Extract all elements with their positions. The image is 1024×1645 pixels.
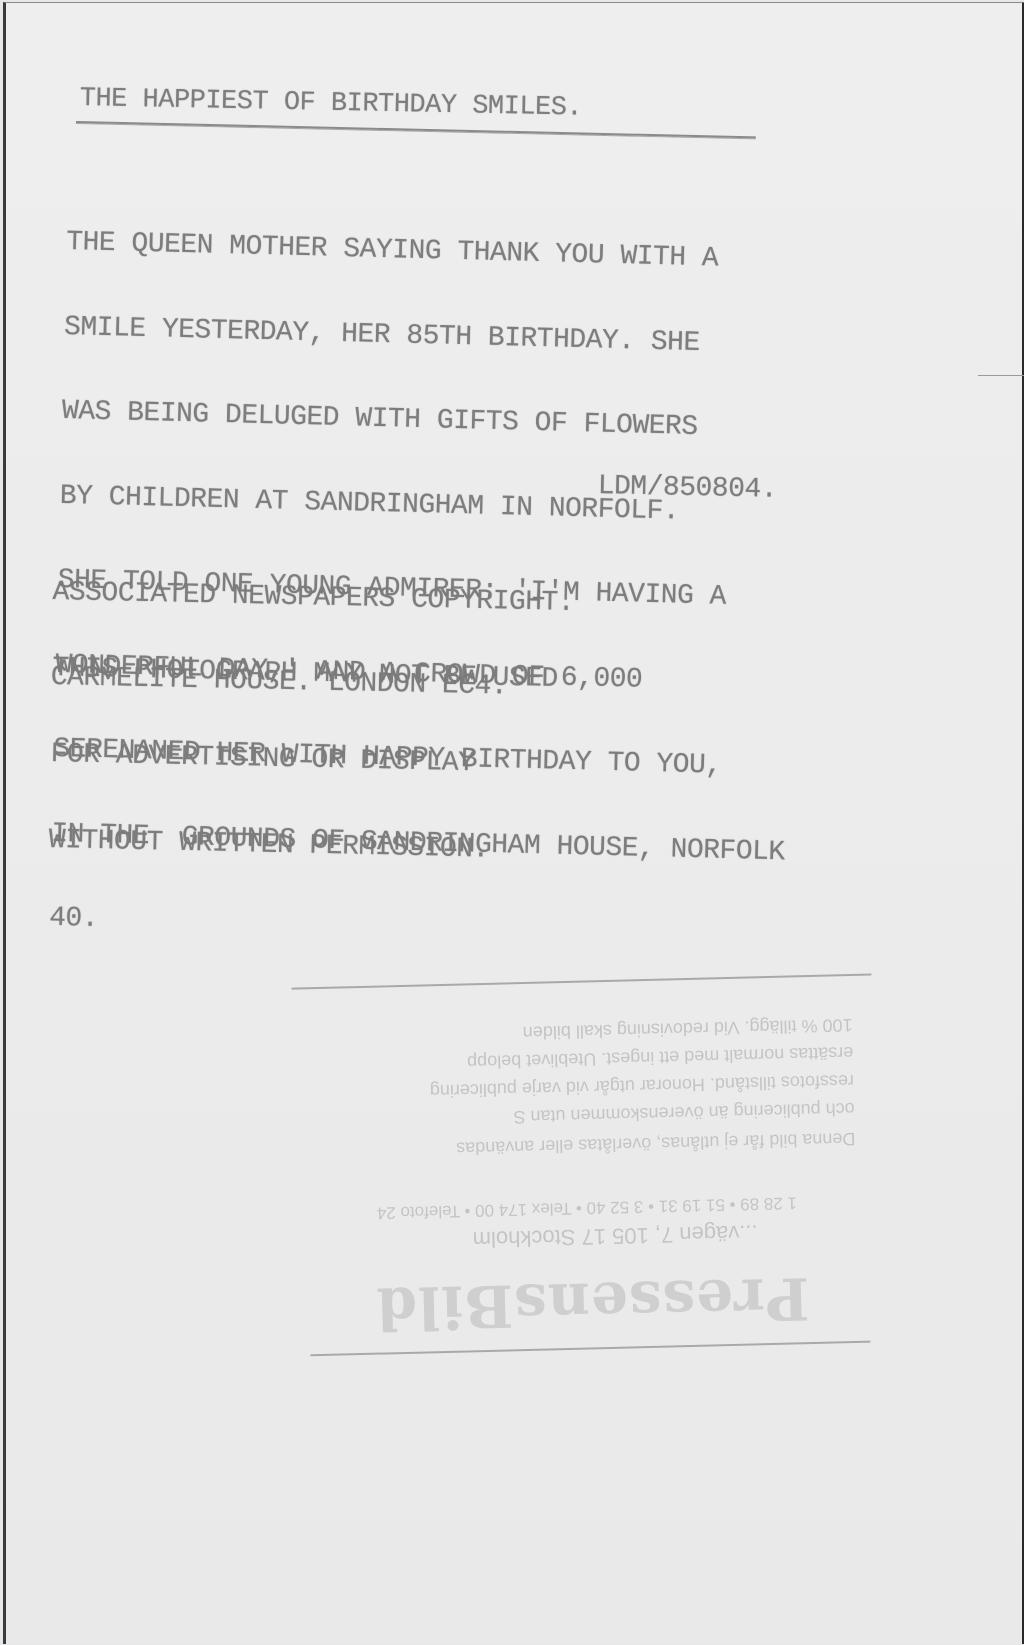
mirrored-stamp: PressensBild ...vägen 7, 105 17 Stockhol… [251, 950, 881, 1385]
caption-line: THE QUEEN MOTHER SAYING THANK YOU WITH A [66, 229, 800, 276]
stamp-text-line: ersättas normalt med ett ingest. Utebliv… [467, 1042, 854, 1072]
caption-title: THE HAPPIEST OF BIRTHDAY SMILES. [79, 85, 582, 123]
restriction-line: WITHOUT WRITTEN PERMISSION. [48, 827, 554, 868]
photo-back-paper: THE HAPPIEST OF BIRTHDAY SMILES. THE QUE… [3, 2, 1024, 1644]
caption-line: SMILE YESTERDAY, HER 85TH BIRTHDAY. SHE [64, 313, 798, 360]
usage-restriction: THIS PHOTOGRAPH MAY NOT BE USED FOR ADVE… [47, 599, 559, 924]
stamp-rule-bottom [292, 973, 872, 989]
stamp-address: ...vägen 7, 105 17 Stockholm [472, 1219, 758, 1252]
stamp-phones: 1 28 89 • 51 19 31 • 3 52 40 • Telex 174… [377, 1192, 798, 1222]
stamp-text-line: 100 % tillägg. Vid redovisning skall bil… [523, 1014, 853, 1043]
stamp-text-line: Denna bild får ej utlånas, överlåtas ell… [456, 1128, 856, 1159]
caption-line: WAS BEING DELUGED WITH GIFTS OF FLOWERS [62, 398, 796, 445]
restriction-line: FOR ADVERTISING OR DISPLAY [50, 741, 556, 782]
stamp-text-line: och publicering än överenskommen utan S [513, 1098, 855, 1127]
restriction-line: THIS PHOTOGRAPH MAY NOT BE USED [52, 655, 558, 696]
edge-mark [978, 375, 1024, 376]
title-underline [76, 121, 756, 139]
stamp-text-line: ressfotos tillstånd. Honorar utgår vid v… [430, 1070, 855, 1101]
reference-number: LDM/850804. [597, 473, 777, 505]
stamp-brand: PressensBild [375, 1264, 810, 1343]
stamp-rule-top [310, 1341, 870, 1357]
